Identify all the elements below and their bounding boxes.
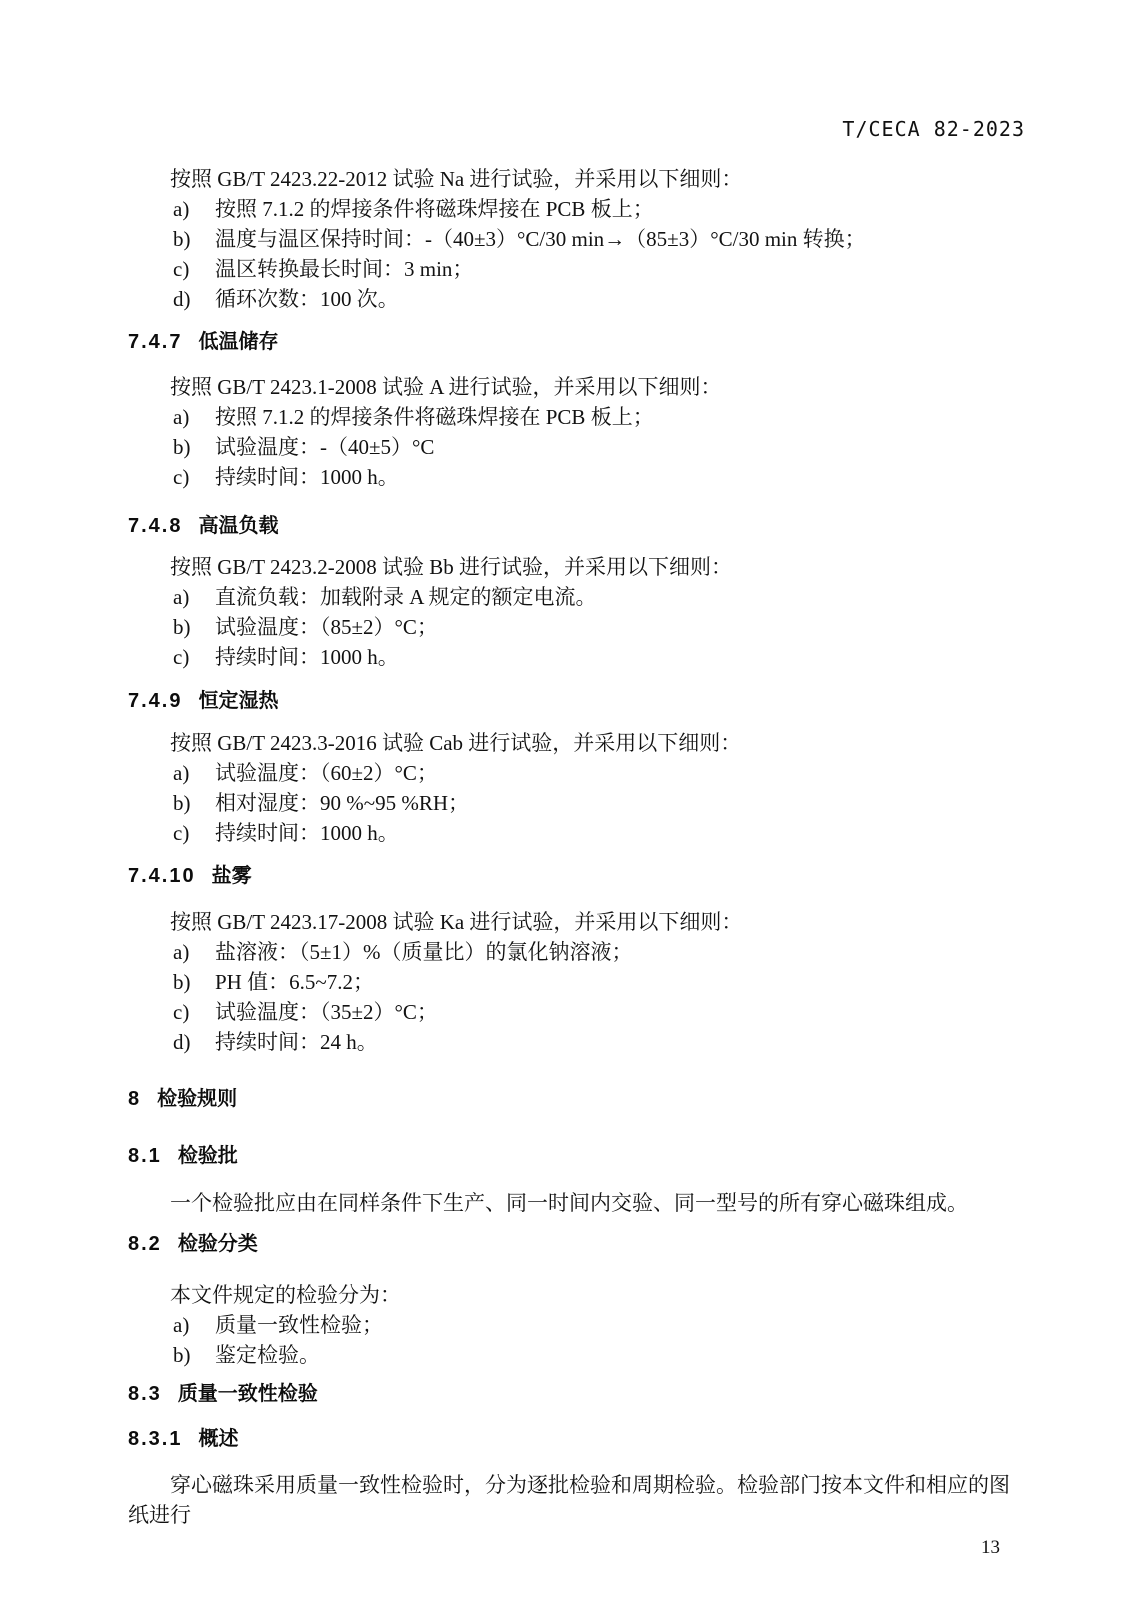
list-text: 直流负载：加载附录 A 规定的额定电流。	[215, 582, 1025, 612]
list-item: a)直流负载：加载附录 A 规定的额定电流。	[173, 582, 1025, 612]
list-text: 温度与温区保持时间：-（40±3）°C/30 min→（85±3）°C/30 m…	[215, 224, 1025, 254]
list-marker: d)	[173, 1027, 215, 1057]
list-marker: a)	[173, 1310, 215, 1340]
section-title: 盐雾	[212, 865, 252, 887]
list-item: c)温区转换最长时间：3 min；	[173, 254, 1025, 284]
list-item: a)按照 7.1.2 的焊接条件将磁珠焊接在 PCB 板上；	[173, 402, 1025, 432]
section-heading: 8.1检验批	[128, 1142, 1025, 1170]
list-text: 试验温度：（60±2）°C；	[215, 758, 1025, 788]
section-title: 恒定湿热	[198, 690, 278, 712]
list-marker: a)	[173, 758, 215, 788]
list: a)按照 7.1.2 的焊接条件将磁珠焊接在 PCB 板上； b)温度与温区保持…	[128, 194, 1025, 314]
list-marker: b)	[173, 967, 215, 997]
list: a)按照 7.1.2 的焊接条件将磁珠焊接在 PCB 板上； b)试验温度：-（…	[128, 402, 1025, 492]
section-number: 8.2	[128, 1233, 162, 1255]
section-heading: 7.4.8高温负载	[128, 512, 1025, 540]
list-item: b)PH 值：6.5~7.2；	[173, 967, 1025, 997]
list-item: a)盐溶液：（5±1）%（质量比）的氯化钠溶液；	[173, 937, 1025, 967]
list-text: 持续时间：1000 h。	[215, 462, 1025, 492]
list-marker: a)	[173, 402, 215, 432]
list-item: b)温度与温区保持时间：-（40±3）°C/30 min→（85±3）°C/30…	[173, 224, 1025, 254]
section-heading: 8.3质量一致性检验	[128, 1380, 1025, 1408]
section-heading: 8.2检验分类	[128, 1230, 1025, 1258]
list-text: 按照 7.1.2 的焊接条件将磁珠焊接在 PCB 板上；	[215, 194, 1025, 224]
section-number: 8.3.1	[128, 1428, 182, 1450]
section-number: 8	[128, 1088, 141, 1110]
section-title: 低温储存	[198, 331, 278, 353]
section-number: 7.4.10	[128, 865, 196, 887]
list-item: b)鉴定检验。	[173, 1340, 1025, 1370]
list: a)直流负载：加载附录 A 规定的额定电流。 b)试验温度：（85±2）°C； …	[128, 582, 1025, 672]
list-text: 试验温度：（35±2）°C；	[215, 997, 1025, 1027]
list: a)质量一致性检验； b)鉴定检验。	[128, 1310, 1025, 1370]
list-item: c)持续时间：1000 h。	[173, 818, 1025, 848]
list-text: 相对湿度：90 %~95 %RH；	[215, 788, 1025, 818]
list-text: 盐溶液：（5±1）%（质量比）的氯化钠溶液；	[215, 937, 1025, 967]
list-text: 质量一致性检验；	[215, 1310, 1025, 1340]
list-text: 温区转换最长时间：3 min；	[215, 254, 1025, 284]
section-heading: 7.4.7低温储存	[128, 328, 1025, 356]
paragraph: 穿心磁珠采用质量一致性检验时，分为逐批检验和周期检验。检验部门按本文件和相应的图…	[128, 1470, 1025, 1530]
list-text: 鉴定检验。	[215, 1340, 1025, 1370]
list-marker: c)	[173, 642, 215, 672]
paragraph: 按照 GB/T 2423.17-2008 试验 Ka 进行试验，并采用以下细则：	[128, 907, 1025, 937]
list-item: d)持续时间：24 h。	[173, 1027, 1025, 1057]
list-text: 试验温度：（85±2）°C；	[215, 612, 1025, 642]
section-heading: 8.3.1概述	[128, 1425, 1025, 1453]
paragraph: 一个检验批应由在同样条件下生产、同一时间内交验、同一型号的所有穿心磁珠组成。	[128, 1188, 1025, 1218]
list-text: 持续时间：1000 h。	[215, 818, 1025, 848]
list-marker: a)	[173, 582, 215, 612]
list-marker: b)	[173, 612, 215, 642]
list-item: a)按照 7.1.2 的焊接条件将磁珠焊接在 PCB 板上；	[173, 194, 1025, 224]
list-text: PH 值：6.5~7.2；	[215, 967, 1025, 997]
section-title: 检验分类	[178, 1233, 258, 1255]
list-item: d)循环次数：100 次。	[173, 284, 1025, 314]
section-heading: 7.4.10盐雾	[128, 862, 1025, 890]
section-title: 概述	[198, 1428, 238, 1450]
list-marker: b)	[173, 1340, 215, 1370]
list-item: a)质量一致性检验；	[173, 1310, 1025, 1340]
list-text: 持续时间：24 h。	[215, 1027, 1025, 1057]
section-heading: 8检验规则	[128, 1085, 1025, 1113]
list: a)试验温度：（60±2）°C； b)相对湿度：90 %~95 %RH； c)持…	[128, 758, 1025, 848]
list-marker: d)	[173, 284, 215, 314]
paragraph: 按照 GB/T 2423.1-2008 试验 A 进行试验，并采用以下细则：	[128, 372, 1025, 402]
section-number: 8.1	[128, 1145, 162, 1167]
list-item: c)持续时间：1000 h。	[173, 642, 1025, 672]
section-number: 7.4.7	[128, 331, 182, 353]
list-marker: b)	[173, 432, 215, 462]
list-text: 循环次数：100 次。	[215, 284, 1025, 314]
list: a)盐溶液：（5±1）%（质量比）的氯化钠溶液； b)PH 值：6.5~7.2；…	[128, 937, 1025, 1057]
list-text: 按照 7.1.2 的焊接条件将磁珠焊接在 PCB 板上；	[215, 402, 1025, 432]
list-item: c)持续时间：1000 h。	[173, 462, 1025, 492]
list-marker: b)	[173, 788, 215, 818]
list-marker: a)	[173, 194, 215, 224]
section-number: 7.4.9	[128, 690, 182, 712]
list-marker: c)	[173, 818, 215, 848]
list-item: b)试验温度：（85±2）°C；	[173, 612, 1025, 642]
list-text: 持续时间：1000 h。	[215, 642, 1025, 672]
list-item: b)试验温度：-（40±5）°C	[173, 432, 1025, 462]
list-marker: b)	[173, 224, 215, 254]
section-title: 质量一致性检验	[178, 1383, 318, 1405]
paragraph: 本文件规定的检验分为：	[128, 1280, 1025, 1310]
section-number: 8.3	[128, 1383, 162, 1405]
list-marker: c)	[173, 462, 215, 492]
page-header: T/CECA 82-2023	[128, 118, 1025, 140]
list-marker: c)	[173, 997, 215, 1027]
section-number: 7.4.8	[128, 515, 182, 537]
document-page: T/CECA 82-2023 按照 GB/T 2423.22-2012 试验 N…	[0, 0, 1131, 1600]
page-number: 13	[128, 1535, 1025, 1561]
paragraph: 按照 GB/T 2423.3-2016 试验 Cab 进行试验，并采用以下细则：	[128, 728, 1025, 758]
paragraph: 按照 GB/T 2423.2-2008 试验 Bb 进行试验，并采用以下细则：	[128, 552, 1025, 582]
paragraph: 按照 GB/T 2423.22-2012 试验 Na 进行试验，并采用以下细则：	[128, 164, 1025, 194]
section-title: 高温负载	[198, 515, 278, 537]
list-marker: c)	[173, 254, 215, 284]
section-heading: 7.4.9恒定湿热	[128, 687, 1025, 715]
section-title: 检验规则	[157, 1088, 237, 1110]
list-item: a)试验温度：（60±2）°C；	[173, 758, 1025, 788]
list-marker: a)	[173, 937, 215, 967]
list-item: c)试验温度：（35±2）°C；	[173, 997, 1025, 1027]
list-text: 试验温度：-（40±5）°C	[215, 432, 1025, 462]
section-title: 检验批	[178, 1145, 238, 1167]
list-item: b)相对湿度：90 %~95 %RH；	[173, 788, 1025, 818]
